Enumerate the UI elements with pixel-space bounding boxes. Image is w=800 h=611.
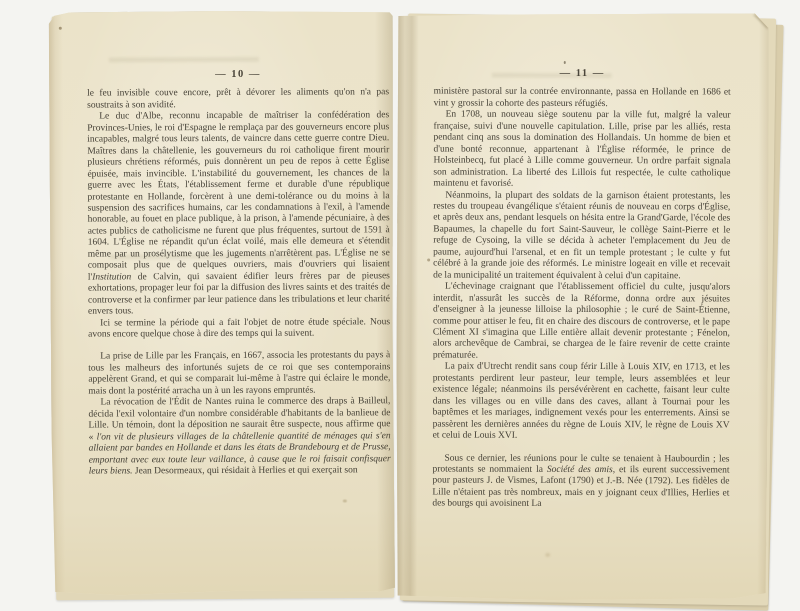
paragraph: La prise de Lille par les Français, en 1…	[88, 351, 390, 398]
italic-text-run: Société des amis	[547, 465, 613, 475]
text-run: Ici se termine la période qui a fait l'o…	[88, 317, 390, 340]
text-run: ministère pastoral sur la contrée enviro…	[434, 87, 731, 109]
paragraph: La paix d'Utrecht rendit sans coup férir…	[433, 362, 730, 443]
text-run: L'échevinage craignant que l'établisseme…	[433, 282, 730, 361]
text-run: La prise de Lille par les Français, en 1…	[88, 351, 390, 397]
italic-text-run: Institution	[92, 272, 131, 282]
paragraph: le feu invisible couve encore, prêt à dé…	[87, 88, 389, 112]
ink-mark	[564, 61, 566, 64]
paragraph: En 1708, un nouveau siège soutenu par la…	[433, 110, 730, 191]
text-run: En 1708, un nouveau siège soutenu par la…	[433, 110, 730, 189]
paragraph: Sous ce dernier, les réunions pour le cu…	[432, 453, 729, 511]
scanned-book-spread: — 10 — le feu invisible couve encore, pr…	[0, 0, 800, 611]
paragraph: ministère pastoral sur la contrée enviro…	[434, 87, 731, 111]
text-run: Néanmoins, la plupart des soldats de la …	[433, 190, 730, 281]
text-run: La paix d'Utrecht rendit sans coup férir…	[433, 362, 730, 441]
page-number: — 10 —	[87, 68, 389, 81]
text-run: le feu invisible couve encore, prêt à dé…	[87, 88, 389, 111]
paper-stain	[545, 553, 550, 557]
paper-stain	[59, 27, 62, 30]
text-run: Le duc d'Albe, reconnu incapable de maît…	[87, 111, 390, 283]
paragraph: Le duc d'Albe, reconnu incapable de maît…	[87, 111, 390, 318]
paragraph: La révocation de l'Édit de Nantes ruina …	[88, 397, 390, 478]
page-number: — 11 —	[434, 68, 731, 80]
paper-stain	[427, 259, 430, 262]
bleed-through-mark	[109, 57, 259, 63]
right-page-text: — 11 — ministère pastoral sur la contrée…	[432, 68, 730, 512]
paragraph: Ici se termine la période qui a fait l'o…	[88, 317, 390, 341]
right-page: — 11 — ministère pastoral sur la contrée…	[395, 12, 769, 602]
left-page: — 10 — le feu invisible couve encore, pr…	[49, 10, 396, 596]
paper-stain	[343, 499, 347, 502]
left-page-paragraphs: le feu invisible couve encore, prêt à dé…	[87, 88, 391, 478]
paragraph: Néanmoins, la plupart des soldats de la …	[433, 190, 730, 283]
paragraph: L'échevinage craignant que l'établisseme…	[433, 282, 730, 363]
text-run: de Calvin, qui savaient édifier leurs fr…	[88, 271, 390, 317]
left-page-text: — 10 — le feu invisible couve encore, pr…	[87, 68, 391, 478]
right-page-paragraphs: ministère pastoral sur la contrée enviro…	[432, 87, 730, 511]
text-run: Jean Desormeaux, qui résidait à Herlies …	[133, 465, 358, 476]
